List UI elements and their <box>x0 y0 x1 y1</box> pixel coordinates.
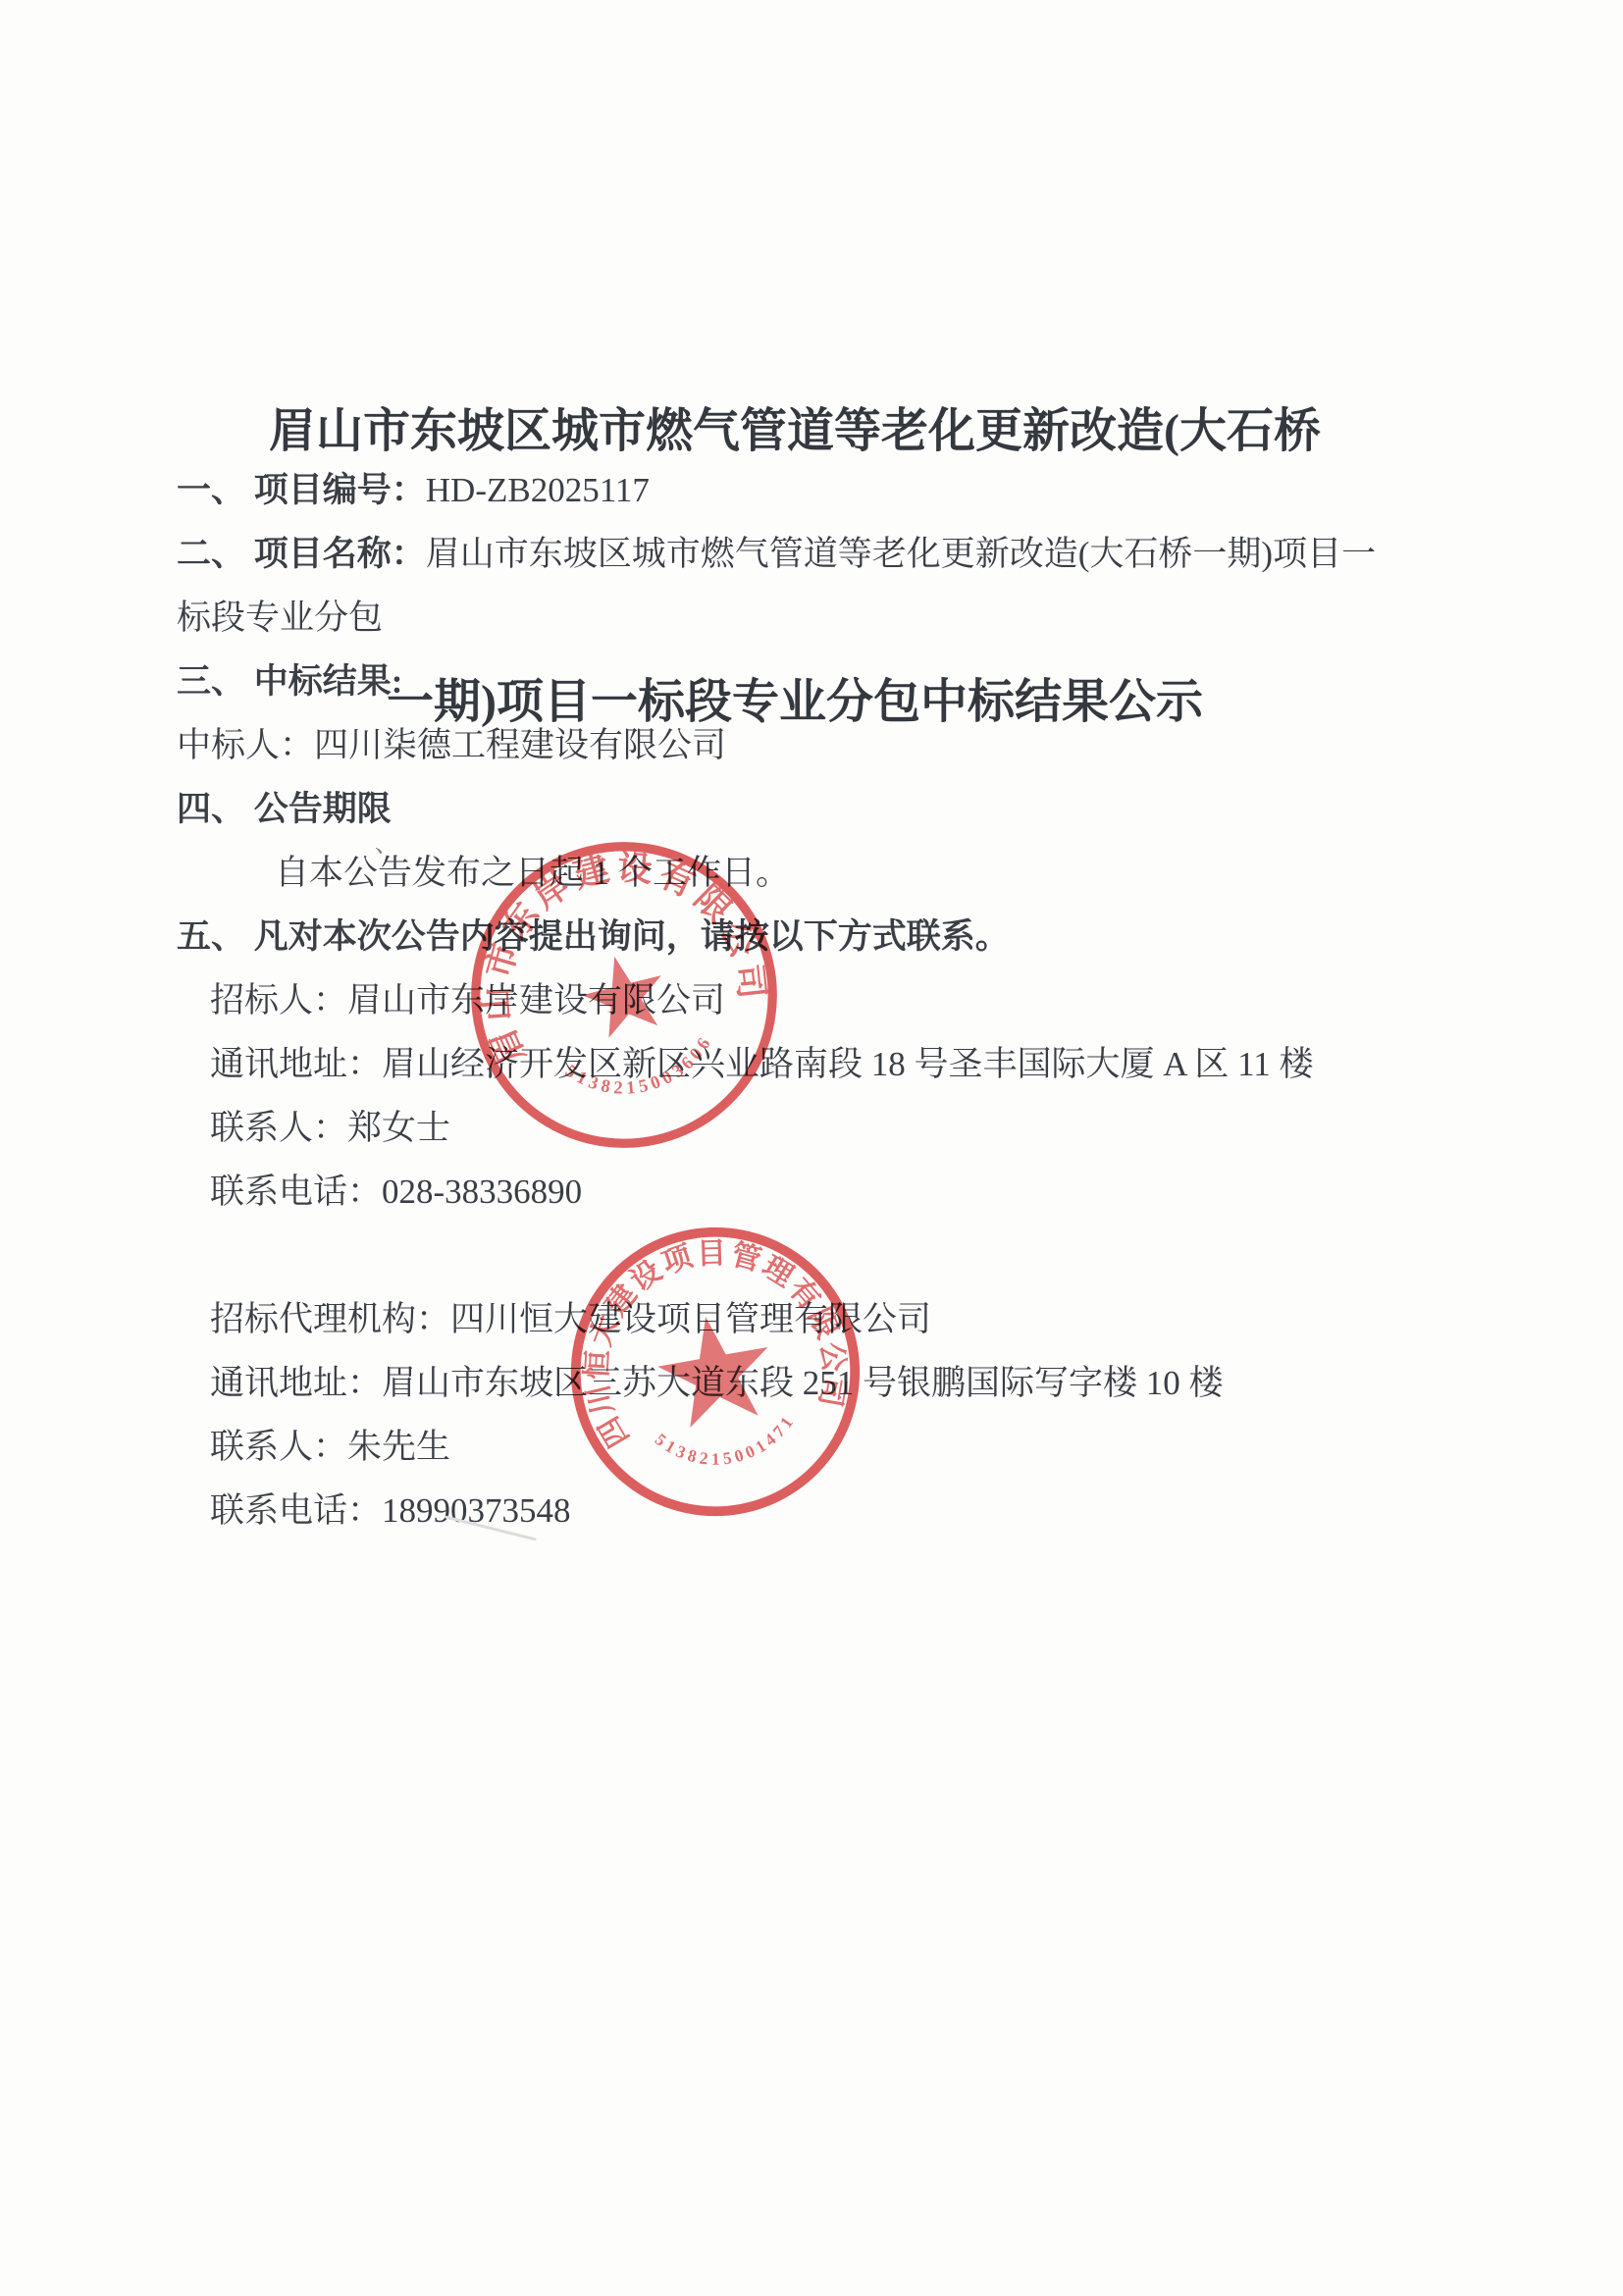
project-name-line: 二、 项目名称：眉山市东坡区城市燃气管道等老化更新改造(大石桥一期)项目一 <box>177 522 1511 586</box>
seal-registration-number: 5138215003606 <box>558 1026 723 1115</box>
project-name-label: 二、 项目名称： <box>177 535 426 573</box>
agency-phone-value: 联系电话：18990373548 <box>210 1491 571 1530</box>
scanned-document-page: 眉山市东坡区城市燃气管道等老化更新改造(大石桥 一期)项目一标段专业分包中标结果… <box>0 0 1623 2296</box>
project-name-value: 眉山市东坡区城市燃气管道等老化更新改造(大石桥一期)项目一 <box>426 535 1376 573</box>
project-name-wrap-value: 标段专业分包 <box>177 599 383 637</box>
winner-value: 中标人：四川柒德工程建设有限公司 <box>177 726 726 764</box>
tenderer-contact-value: 联系人：郑女士 <box>210 1109 450 1147</box>
star-icon <box>651 1307 779 1432</box>
agency-contact-value: 联系人：朱先生 <box>210 1428 450 1466</box>
bid-result-label: 三、 中标结果: <box>177 662 402 701</box>
seal-registration-number: 5138215001471 <box>650 1407 804 1481</box>
svg-text:5138215003606: 5138215003606 <box>558 1026 723 1115</box>
project-number-value: HD-ZB2025117 <box>426 471 650 509</box>
svg-text:5138215001471: 5138215001471 <box>650 1407 804 1481</box>
tenderer-line: 招标人：眉山市东岸建设有限公司 <box>177 968 1511 1032</box>
contact-instructions-line: 五、 凡对本次公告内容提出询问，请按以下方式联系。 <box>177 905 1511 968</box>
agency-company-seal: 四川恒大建设项目管理有限公司 5138215001471 <box>536 1192 895 1551</box>
project-number-label: 一、 项目编号： <box>177 471 426 509</box>
project-number-line: 一、 项目编号：HD-ZB2025117 <box>177 458 1511 522</box>
star-icon <box>575 947 673 1042</box>
winner-line: 中标人：四川柒德工程建设有限公司 <box>177 713 1511 777</box>
bid-result-heading: 三、 中标结果: <box>177 650 1511 713</box>
project-name-wrap-line: 标段专业分包 <box>177 586 1511 650</box>
tenderer-contact-line: 联系人：郑女士 <box>177 1096 1511 1160</box>
announcement-period-label: 四、 公告期限 <box>177 790 392 828</box>
stray-pen-mark: 、 <box>375 824 398 859</box>
tenderer-address-line: 通讯地址：眉山经济开发区新区兴业路南段 18 号圣丰国际大厦 A 区 11 楼 <box>177 1032 1511 1096</box>
